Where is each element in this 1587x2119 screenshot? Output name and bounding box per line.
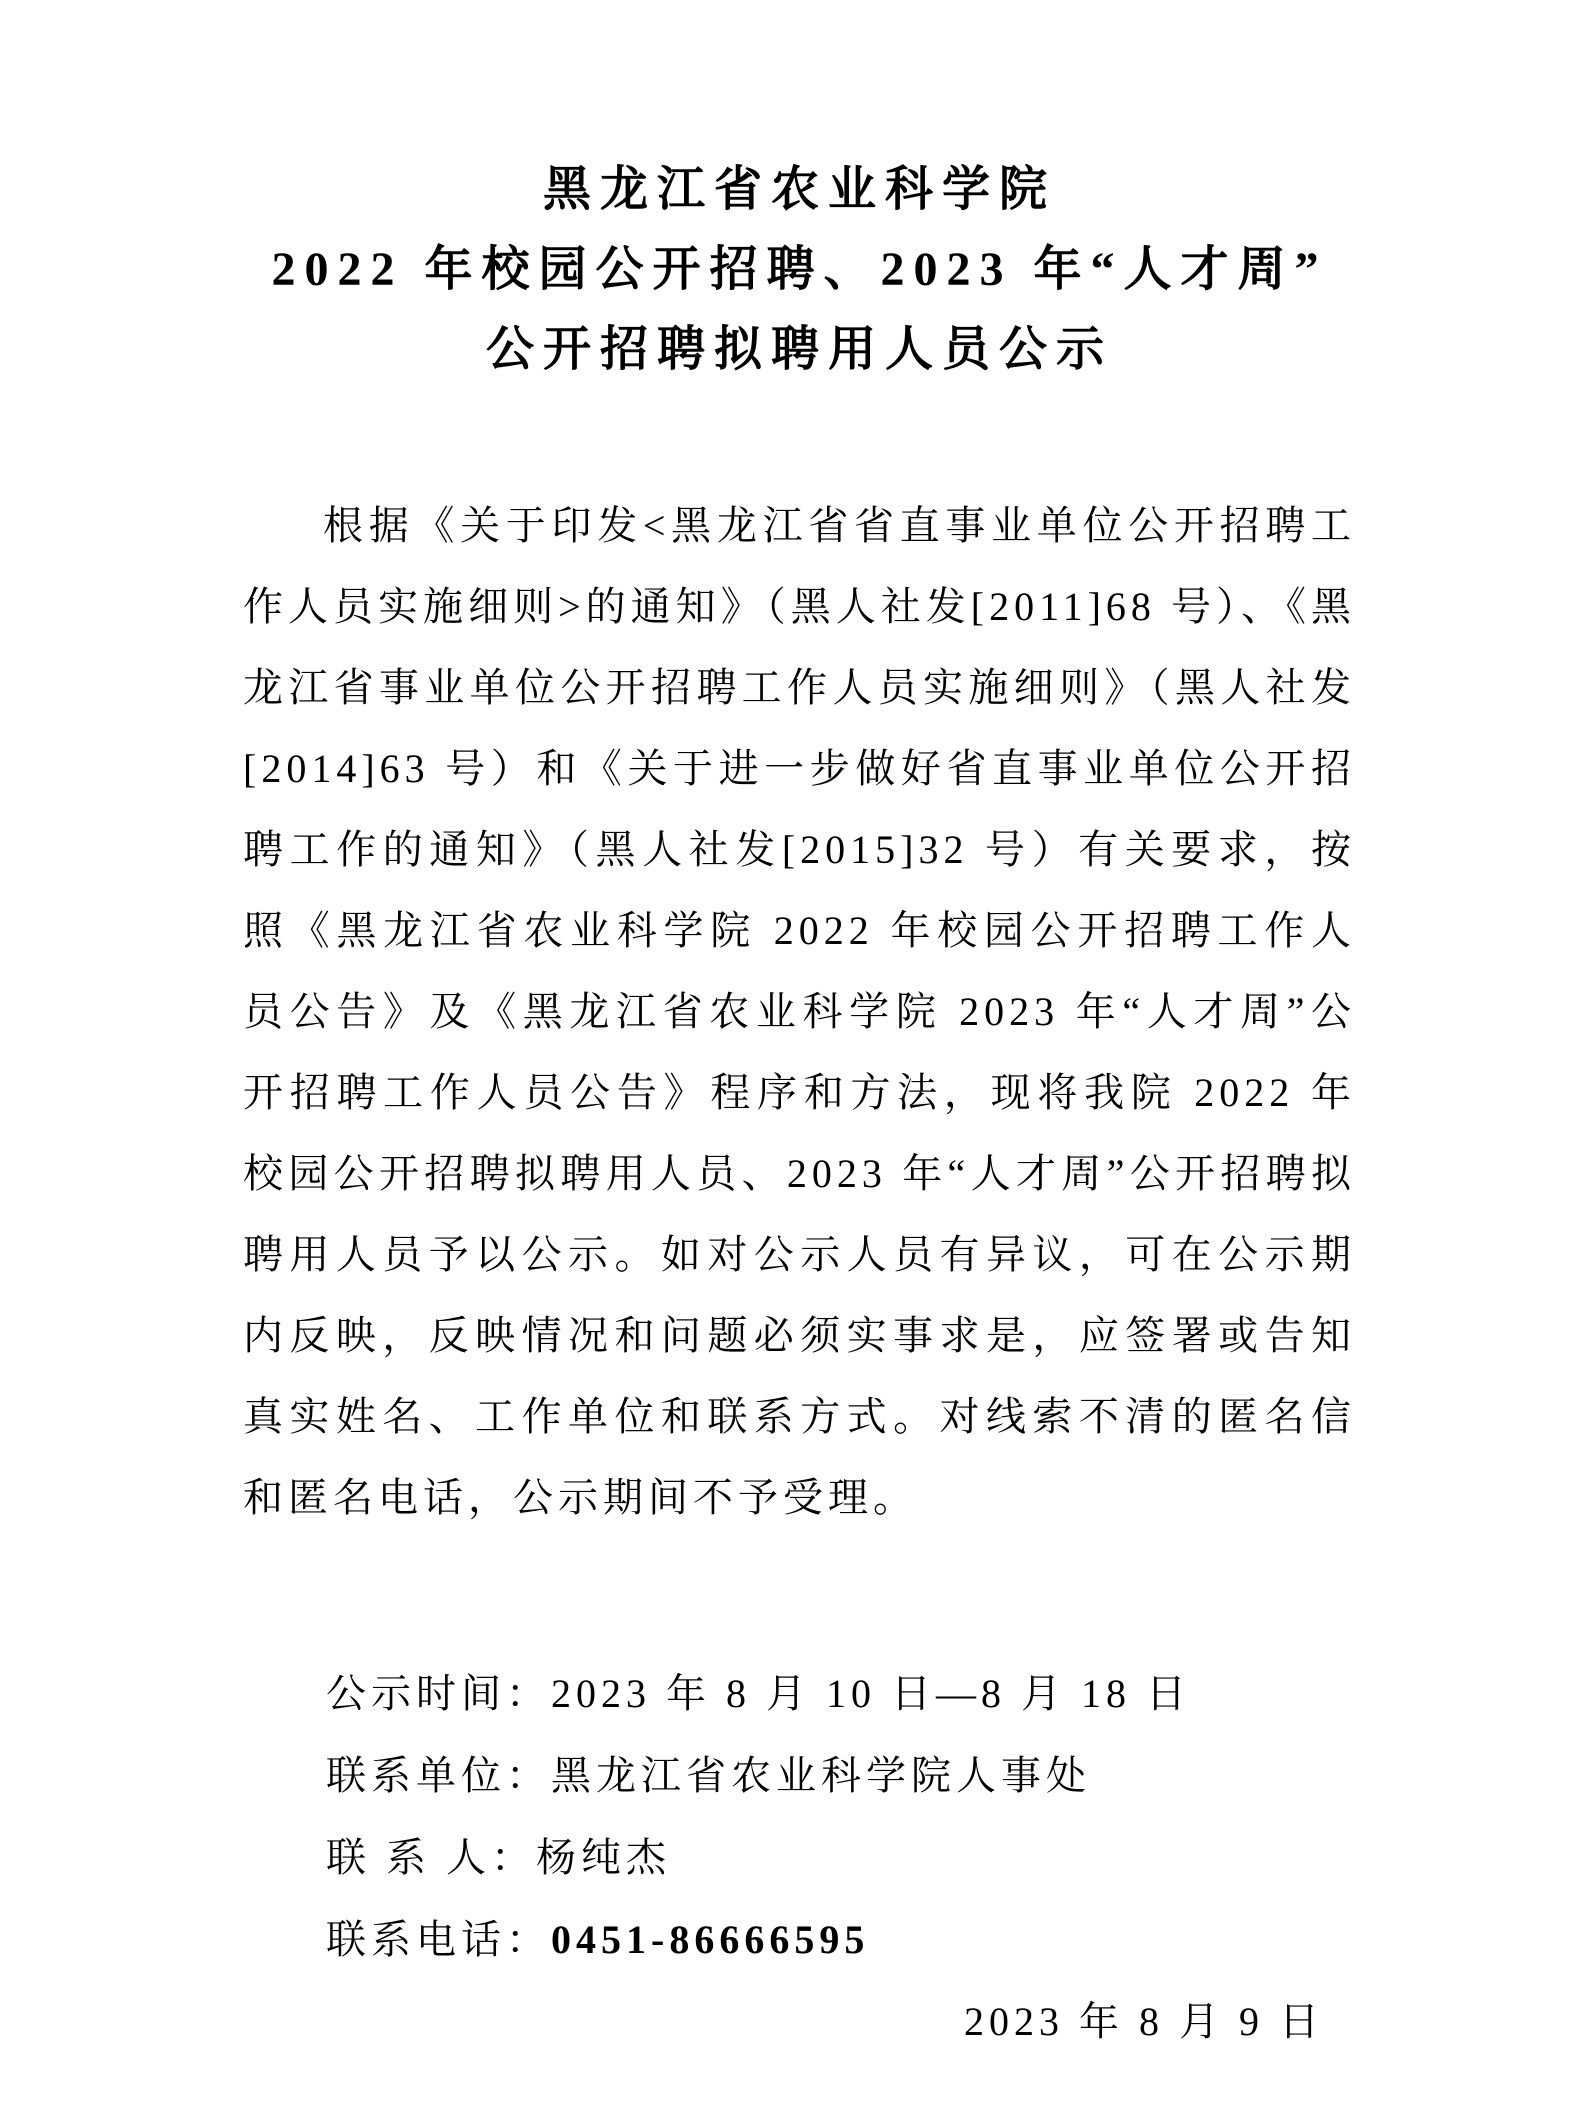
contact-person-row: 联 系 人：杨纯杰 (326, 1817, 1356, 1899)
sign-date: 2023 年 8 月 9 日 (243, 1981, 1356, 2063)
contact-phone-value: 0451-86666595 (551, 1917, 869, 1962)
publicity-period-label: 公示时间： (326, 1671, 551, 1716)
document-title: 黑龙江省农业科学院 2022 年校园公开招聘、2023 年“人才周” 公开招聘拟… (243, 150, 1356, 390)
announcement-body-paragraph: 根据《关于印发<黑龙江省省直事业单位公开招聘工作人员实施细则>的通知》（黑人社发… (243, 485, 1356, 1538)
publicity-period-row: 公示时间：2023 年 8 月 10 日—8 月 18 日 (326, 1653, 1356, 1735)
document-page: 黑龙江省农业科学院 2022 年校园公开招聘、2023 年“人才周” 公开招聘拟… (0, 0, 1587, 2119)
title-line-2: 2022 年校园公开招聘、2023 年“人才周” (243, 230, 1356, 310)
contact-unit-row: 联系单位：黑龙江省农业科学院人事处 (326, 1735, 1356, 1817)
contact-phone-label: 联系电话： (326, 1917, 551, 1962)
title-line-1: 黑龙江省农业科学院 (243, 150, 1356, 230)
contact-phone-row: 联系电话：0451-86666595 (326, 1899, 1356, 1981)
contact-info-block: 公示时间：2023 年 8 月 10 日—8 月 18 日 联系单位：黑龙江省农… (243, 1653, 1356, 1981)
contact-unit-value: 黑龙江省农业科学院人事处 (551, 1753, 1091, 1798)
publicity-period-value: 2023 年 8 月 10 日—8 月 18 日 (551, 1671, 1191, 1716)
title-line-3: 公开招聘拟聘用人员公示 (243, 310, 1356, 390)
contact-unit-label: 联系单位： (326, 1753, 551, 1798)
contact-person-label: 联 系 人： (326, 1835, 536, 1880)
contact-person-value: 杨纯杰 (536, 1835, 671, 1880)
